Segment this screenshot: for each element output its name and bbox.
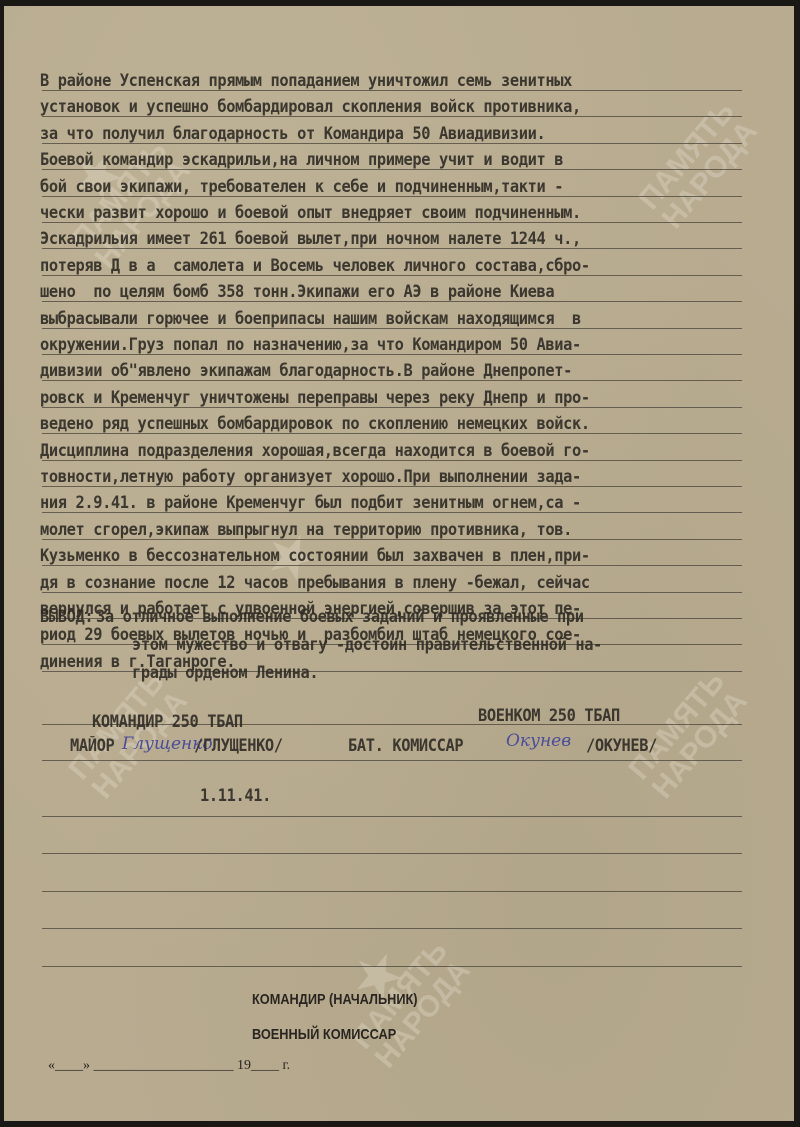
ruled-line <box>42 966 742 967</box>
ruled-line <box>42 380 742 381</box>
ruled-line <box>42 928 742 929</box>
citation-line: Дисциплина подразделения хорошая,всегда … <box>40 441 590 460</box>
commander-rank: МАЙОР <box>70 736 114 755</box>
commander-title: КОМАНДИР 250 ТБАП <box>92 712 243 731</box>
citation-line: В районе Успенская прямым попаданием уни… <box>40 71 572 90</box>
ruled-line <box>42 222 742 223</box>
ruled-line <box>42 248 742 249</box>
conclusion-line: За отличное выполнение боевых заданий и … <box>96 607 584 626</box>
commander-name: /ГЛУЩЕНКО/ <box>194 736 283 755</box>
citation-line: ния 2.9.41. в районе Кременчуг был подби… <box>40 493 581 512</box>
citation-line: ведено ряд успешных бомбардировок по ско… <box>40 414 590 433</box>
watermark-line2: НАРОДА <box>656 115 764 235</box>
ruled-line <box>42 486 742 487</box>
form-date-line: «____» ____________________ 19____ г. <box>48 1058 290 1074</box>
citation-line: за что получил благодарность от Командир… <box>40 124 545 143</box>
watermark-line2: НАРОДА <box>369 954 477 1074</box>
citation-line: потеряв Д в а самолета и Восемь человек … <box>40 256 590 275</box>
ruled-line <box>42 460 742 461</box>
conclusion-line: этом мужество и отвагу -достоин правител… <box>132 635 602 654</box>
ruled-line <box>42 90 742 91</box>
ruled-line <box>42 816 742 817</box>
ruled-line <box>42 116 742 117</box>
citation-line: дивизии об"явлено экипажам благодарность… <box>40 361 572 380</box>
ruled-line <box>42 565 742 566</box>
ruled-line <box>42 169 742 170</box>
citation-line: ровск и Кременчуг уничтожены переправы ч… <box>40 388 590 407</box>
watermark-line2: НАРОДА <box>646 685 754 805</box>
ruled-line <box>42 407 742 408</box>
citation-line: выбрасывали горючее и боеприпасы нашим в… <box>40 309 581 328</box>
citation-line: Кузьменко в бессознательном состоянии бы… <box>40 546 590 565</box>
citation-line: установок и успешно бомбардировал скопле… <box>40 97 581 116</box>
commissar-title: ВОЕНКОМ 250 ТБАП <box>478 706 620 725</box>
commissar-name: /ОКУНЕВ/ <box>586 736 657 755</box>
citation-line: молет сгорел,экипаж выпрыгнул на террито… <box>40 520 572 539</box>
citation-line: чески развит хорошо и боевой опыт внедря… <box>40 203 581 222</box>
ruled-line <box>42 853 742 854</box>
ruled-line <box>42 143 742 144</box>
citation-line: окружении.Груз попал по назначению,за чт… <box>40 335 581 354</box>
commissar-rank: БАТ. КОМИССАР <box>348 736 463 755</box>
citation-line: шено по целям бомб 358 тонн.Экипажи его … <box>40 282 554 301</box>
commissar-signature: Окунев <box>506 731 571 751</box>
conclusion-label: ВЫВОД: <box>40 607 93 626</box>
form-commissar-label: ВОЕННЫЙ КОМИССАР <box>252 1026 396 1043</box>
ruled-line <box>42 512 742 513</box>
citation-line: Эскадрильия имеет 261 боевой вылет,при н… <box>40 229 581 248</box>
ruled-line <box>42 539 742 540</box>
ruled-line <box>42 301 742 302</box>
ruled-line <box>42 891 742 892</box>
citation-line: бой свои экипажи, требователен к себе и … <box>40 177 563 196</box>
ruled-line <box>42 760 742 761</box>
ruled-line <box>42 275 742 276</box>
document-page: ★ ПАМЯТЬ НАРОДА ПАМЯТЬ НАРОДА ★ ПАМЯТЬ Н… <box>4 6 794 1121</box>
signing-date: 1.11.41. <box>200 786 271 805</box>
ruled-line <box>42 592 742 593</box>
conclusion-line: грады орденом Ленина. <box>132 663 318 682</box>
watermark-line1: ПАМЯТЬ <box>622 665 731 786</box>
citation-line: товности,летную работу организует хорошо… <box>40 467 581 486</box>
ruled-line <box>42 196 742 197</box>
watermark-line1: ПАМЯТЬ <box>632 95 741 216</box>
form-commander-label: КОМАНДИР (НАЧАЛЬНИК) <box>252 991 418 1008</box>
ruled-line <box>42 328 742 329</box>
star-icon: ★ <box>324 917 430 1036</box>
ruled-line <box>42 433 742 434</box>
citation-line: дя в сознание после 12 часов пребывания … <box>40 573 590 592</box>
citation-line: Боевой командир эскадрильи,на личном при… <box>40 150 563 169</box>
ruled-line <box>42 354 742 355</box>
